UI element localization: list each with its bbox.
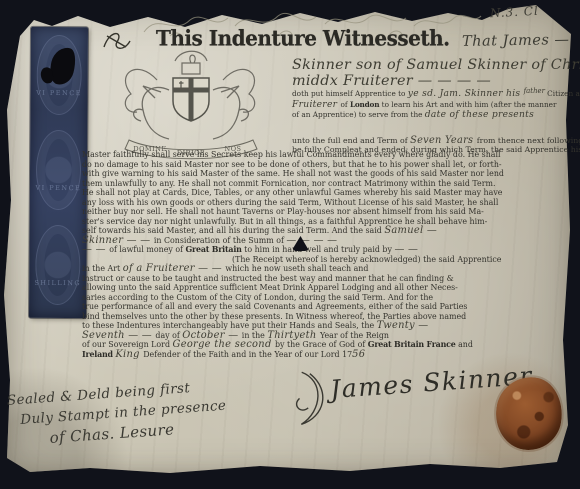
mantling-left <box>125 69 157 112</box>
handwritten-text: King <box>115 349 143 360</box>
printed-text: them unlawfully to any. He shall not com… <box>82 179 496 188</box>
printed-text: to learn his Art and with him (after the… <box>379 100 556 109</box>
corner-annotation: N.3. Cl <box>490 4 540 21</box>
text-line: neither buy nor sell. He shall not haunt… <box>82 207 570 217</box>
handwritten-text: Thirtyeth <box>267 330 320 341</box>
stamp-label: VI PENCE <box>30 184 87 192</box>
handwritten-text: Samuel — <box>384 225 437 236</box>
text-line: Fruiterer of London to learn his Art and… <box>292 100 570 111</box>
printed-text: of <box>341 100 350 109</box>
printed-text: Master faithfully shall serve his Secret… <box>82 150 501 159</box>
text-line: any loss with his own goods or others du… <box>82 198 570 208</box>
printed-text: Great Britain France <box>368 340 456 349</box>
handwritten-text: date of these presents <box>425 110 534 120</box>
text-line: — — of lawful money of Great Britain to … <box>82 245 570 255</box>
printed-text: of lawful money of <box>109 245 185 254</box>
printed-text: (The Receipt whereof is hereby acknowled… <box>232 255 501 264</box>
text-line: Skinner — — in Consideration of the Summ… <box>82 236 570 246</box>
stamp-label: VI PENCE <box>31 89 88 97</box>
text-line: instruct or cause to be taught and instr… <box>82 274 570 284</box>
printed-text: Defender of the Faith and in the Year of… <box>143 350 352 359</box>
printed-text: allowing unto the said Apprentice suffic… <box>82 283 458 292</box>
printed-text: in the Art <box>82 264 123 273</box>
stamp-medallion <box>36 130 82 210</box>
document-scan: { "doc": { "corner_note": "N.3. Cl", "ti… <box>0 0 580 489</box>
mantling-right <box>223 69 255 112</box>
printed-text: Ireland <box>82 350 115 359</box>
text-line: do no damage to his said Master nor see … <box>82 160 570 170</box>
handwritten-text: — — <box>82 244 109 255</box>
printed-text: true performance of all and every the sa… <box>82 302 467 311</box>
printed-text: do no damage to his said Master nor see … <box>82 160 502 169</box>
handwritten-text: father <box>524 87 548 95</box>
handwritten-text: Twenty — <box>377 320 429 331</box>
printed-text: in Consideration of the Summ of <box>154 236 287 245</box>
text-line: bind themselves unto the other by these … <box>82 312 570 322</box>
printed-text: neither buy nor sell. He shall not haunt… <box>82 207 484 216</box>
text-line: of an Apprentice) to serve from the date… <box>292 110 570 121</box>
printed-text: any loss with his own goods or others du… <box>82 198 498 207</box>
printed-text: to him in hand well and truly paid by <box>242 245 395 254</box>
handwritten-text: ye sd. Jam. Skinner his <box>408 89 524 99</box>
text-line: unto the full end and Term of Seven Year… <box>292 136 570 145</box>
handwritten-text: — — — — <box>286 235 337 246</box>
printed-text: which he now useth shall teach and <box>225 264 368 273</box>
text-line: Master faithfully shall serve his Secret… <box>82 150 570 160</box>
printed-text: saries according to the Custom of the Ci… <box>82 293 433 302</box>
title-row: This Indenture Witnesseth. That James — <box>156 26 569 50</box>
duty-stamp-strip: VI PENCE VI PENCE SHILLING <box>29 27 88 318</box>
text-line: ster's service day nor night unlawfully.… <box>82 217 570 227</box>
printed-text: with give warning to his said Master of … <box>82 169 504 178</box>
text-line: saries according to the Custom of the Ci… <box>82 293 570 303</box>
handwritten-text: middx Fruiterer — — — — <box>292 73 491 89</box>
stamp-label: SHILLING <box>29 279 86 287</box>
text-line: allowing unto the said Apprentice suffic… <box>82 283 570 293</box>
text-line: with give warning to his said Master of … <box>82 169 570 179</box>
text-line: He shall not play at Cards, Dice, Tables… <box>82 188 570 198</box>
handwritten-text: Fruiterer <box>292 100 341 110</box>
printed-text: unto the full end and Term of <box>292 136 410 145</box>
printed-text: instruct or cause to be taught and instr… <box>82 274 454 283</box>
dragon-supporter-left <box>134 86 169 139</box>
text-line: Ireland King Defender of the Faith and i… <box>82 350 570 360</box>
coat-of-arms: DOMINE DIRIGE NOS <box>95 48 287 164</box>
document-title: This Indenture Witnesseth. <box>156 25 450 51</box>
text-line: them unlawfully to any. He shall not com… <box>82 179 570 189</box>
title-handwritten-name: That James — <box>462 32 570 50</box>
text-line: in the Art of a Fruiterer — — which he n… <box>82 264 570 274</box>
handwritten-text: — — <box>394 244 418 255</box>
text-line: of our Sovereign Lord George the second … <box>82 340 570 350</box>
handwritten-text: George the second <box>173 339 275 350</box>
text-line: Skinner son of Samuel Skinner of Christ … <box>292 57 570 73</box>
handwritten-text: of a Fruiterer — — <box>123 263 226 274</box>
printed-text: from thence next following to <box>477 136 580 145</box>
printed-text: He shall not play at Cards, Dice, Tables… <box>82 188 502 197</box>
handwritten-text: Skinner son of Samuel Skinner of Christ … <box>292 57 580 73</box>
text-line: doth put himself Apprentice to ye sd. Ja… <box>292 89 570 100</box>
printed-text: Citizen and <box>547 89 580 98</box>
handwritten-text: 56 <box>352 349 365 360</box>
stamp-medallion <box>35 225 81 305</box>
text-line: true performance of all and every the sa… <box>82 302 570 312</box>
printed-text: of an Apprentice) to serve from the <box>292 110 425 119</box>
printed-text: doth put himself Apprentice to <box>292 89 408 98</box>
printed-text: and <box>456 340 473 349</box>
handwritten-text: Seventh — — <box>82 330 155 341</box>
body-lines: Master faithfully shall serve his Secret… <box>82 150 570 359</box>
printed-text: Great Britain <box>186 245 242 254</box>
helm <box>182 55 200 74</box>
printed-text: Year of the Reign <box>320 331 389 340</box>
intro-lines: Skinner son of Samuel Skinner of Christ … <box>292 57 570 155</box>
printed-text: London <box>350 100 379 109</box>
text-line: Seventh — — day of October — in the Thir… <box>82 331 570 341</box>
